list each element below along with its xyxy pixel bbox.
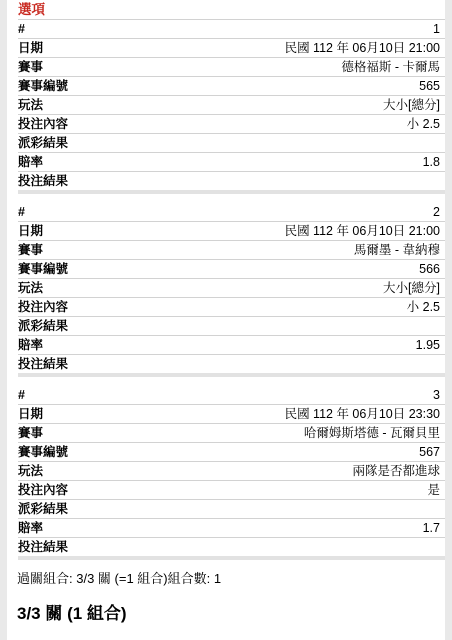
row-value: 1.8 (423, 153, 440, 171)
row-value: 大小[總分] (383, 96, 440, 114)
row-date: 日期民國 112 年 06月10日 21:00 (18, 222, 445, 241)
row-value: 民國 112 年 06月10日 21:00 (285, 39, 440, 57)
row-play-type: 玩法大小[總分] (18, 96, 445, 115)
selection-block: #2日期民國 112 年 06月10日 21:00賽事馬爾墨 - 韋納穆賽事編號… (7, 203, 445, 377)
selection-block: #1日期民國 112 年 06月10日 21:00賽事德格福斯 - 卡爾馬賽事編… (7, 20, 445, 194)
selections-list: #1日期民國 112 年 06月10日 21:00賽事德格福斯 - 卡爾馬賽事編… (7, 20, 445, 560)
row-bet-content: 投注內容小 2.5 (18, 298, 445, 317)
row-value: 哈爾姆斯塔德 - 瓦爾貝里 (304, 424, 440, 442)
row-play-type: 玩法兩隊是否都進球 (18, 462, 445, 481)
row-number: #2 (18, 203, 445, 222)
row-bet-content: 投注內容小 2.5 (18, 115, 445, 134)
row-event: 賽事德格福斯 - 卡爾馬 (18, 58, 445, 77)
row-odds: 賠率1.95 (18, 336, 445, 355)
selection-block: #3日期民國 112 年 06月10日 23:30賽事哈爾姆斯塔德 - 瓦爾貝里… (7, 386, 445, 560)
row-value: 兩隊是否都進球 (352, 462, 440, 480)
content-area: 選項 #1日期民國 112 年 06月10日 21:00賽事德格福斯 - 卡爾馬… (7, 0, 445, 640)
row-value: 1 (433, 20, 440, 38)
row-event-id: 賽事編號567 (18, 443, 445, 462)
row-value: 馬爾墨 - 韋納穆 (354, 241, 440, 259)
row-value: 566 (419, 260, 440, 278)
row-payout-result: 派彩結果 (18, 317, 445, 336)
row-label: 玩法 (18, 279, 43, 297)
row-label: 賽事 (18, 241, 43, 259)
row-label: # (18, 203, 25, 221)
parlay-summary: 過關組合: 3/3 關 (=1 組合)組合數: 1 (17, 571, 440, 587)
row-value: 小 2.5 (407, 115, 440, 133)
row-bet-result: 投注結果 (18, 172, 445, 194)
row-label: 日期 (18, 405, 43, 423)
row-value: 小 2.5 (407, 298, 440, 316)
row-label: 日期 (18, 222, 43, 240)
row-event: 賽事馬爾墨 - 韋納穆 (18, 241, 445, 260)
row-label: 玩法 (18, 96, 43, 114)
row-event-id: 賽事編號566 (18, 260, 445, 279)
row-bet-result: 投注結果 (18, 355, 445, 377)
row-date: 日期民國 112 年 06月10日 23:30 (18, 405, 445, 424)
row-value: 1.95 (416, 336, 440, 354)
row-label: 投注結果 (18, 172, 68, 190)
row-value: 大小[總分] (383, 279, 440, 297)
row-label: 賽事 (18, 424, 43, 442)
row-label: 賽事編號 (18, 260, 68, 278)
row-label: # (18, 20, 25, 38)
bet-details-page: 選項 #1日期民國 112 年 06月10日 21:00賽事德格福斯 - 卡爾馬… (0, 0, 452, 640)
row-label: 賽事編號 (18, 443, 68, 461)
row-label: 賠率 (18, 153, 43, 171)
row-bet-content: 投注內容是 (18, 481, 445, 500)
row-label: 賽事編號 (18, 77, 68, 95)
page-title: 選項 (18, 0, 445, 20)
row-value: 2 (433, 203, 440, 221)
row-date: 日期民國 112 年 06月10日 21:00 (18, 39, 445, 58)
row-play-type: 玩法大小[總分] (18, 279, 445, 298)
row-value: 565 (419, 77, 440, 95)
row-label: 投注內容 (18, 115, 68, 133)
row-event: 賽事哈爾姆斯塔德 - 瓦爾貝里 (18, 424, 445, 443)
row-label: 日期 (18, 39, 43, 57)
row-value: 民國 112 年 06月10日 23:30 (285, 405, 440, 423)
row-label: 派彩結果 (18, 500, 68, 518)
row-label: 投注內容 (18, 298, 68, 316)
row-value: 3 (433, 386, 440, 404)
row-label: 玩法 (18, 462, 43, 480)
row-payout-result: 派彩結果 (18, 134, 445, 153)
row-value: 1.7 (423, 519, 440, 537)
row-value: 567 (419, 443, 440, 461)
row-label: 派彩結果 (18, 134, 68, 152)
row-label: 賠率 (18, 336, 43, 354)
row-event-id: 賽事編號565 (18, 77, 445, 96)
row-value: 民國 112 年 06月10日 21:00 (285, 222, 440, 240)
parlay-heading: 3/3 關 (1 組合) (17, 604, 440, 624)
row-odds: 賠率1.7 (18, 519, 445, 538)
row-label: 賽事 (18, 58, 43, 76)
row-label: 投注內容 (18, 481, 68, 499)
row-number: #1 (18, 20, 445, 39)
row-label: 賠率 (18, 519, 43, 537)
row-label: # (18, 386, 25, 404)
row-payout-result: 派彩結果 (18, 500, 445, 519)
row-bet-result: 投注結果 (18, 538, 445, 560)
row-value: 德格福斯 - 卡爾馬 (341, 58, 440, 76)
row-label: 派彩結果 (18, 317, 68, 335)
row-label: 投注結果 (18, 538, 68, 556)
row-label: 投注結果 (18, 355, 68, 373)
row-number: #3 (18, 386, 445, 405)
row-odds: 賠率1.8 (18, 153, 445, 172)
row-value: 是 (427, 481, 440, 499)
